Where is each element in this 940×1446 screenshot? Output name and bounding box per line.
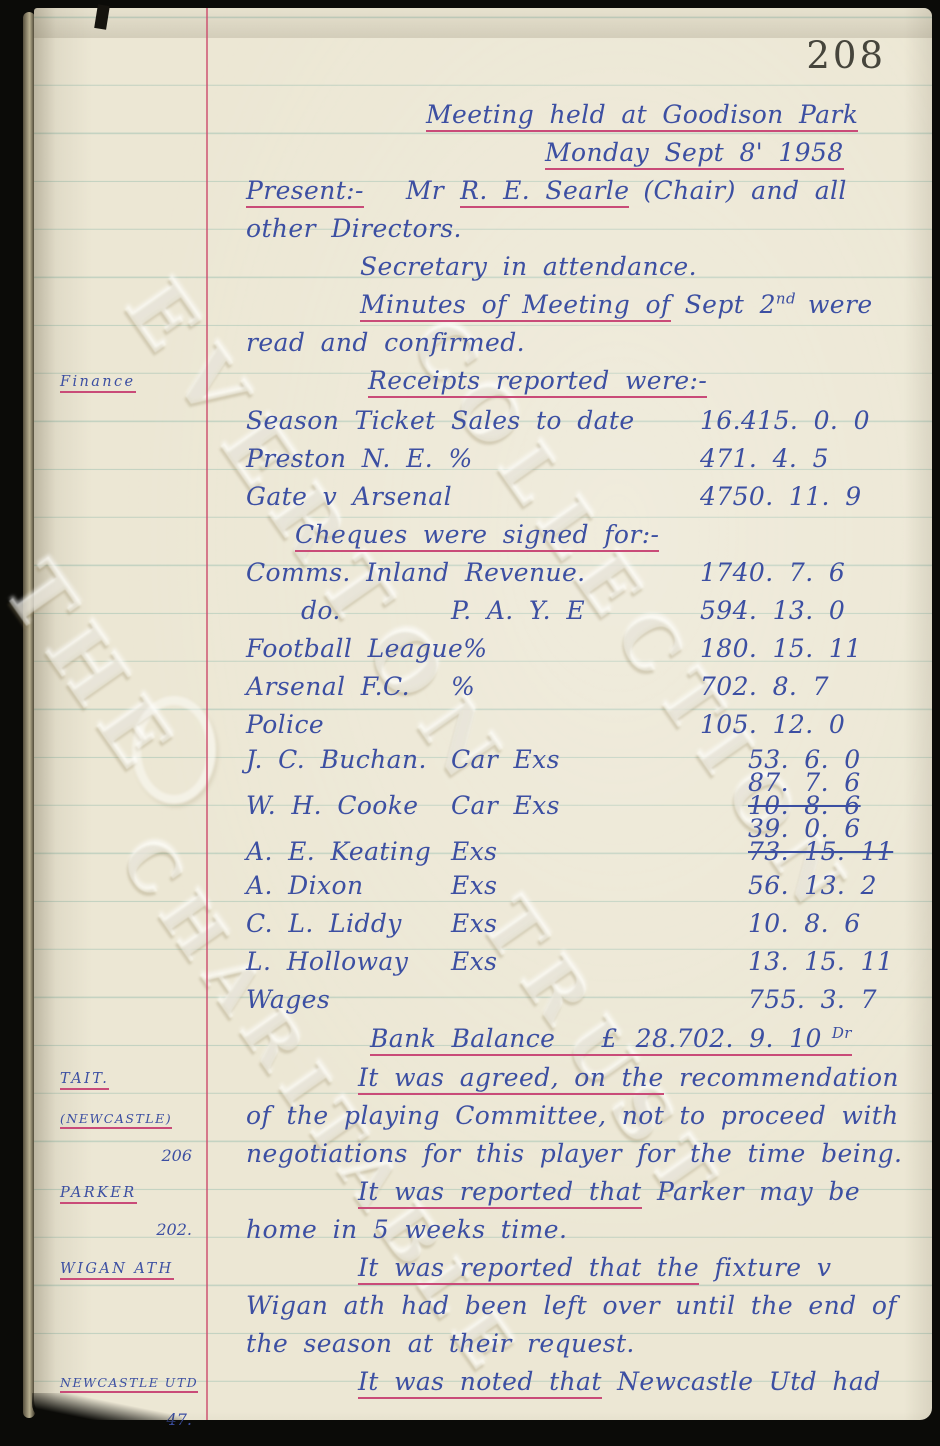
bank-balance-label: Bank Balance xyxy=(370,1024,555,1053)
margin-note-tait-club: (NEWCASTLE) xyxy=(60,1111,172,1129)
cheque-row: Football League%180. 15. 11 xyxy=(34,630,932,668)
cheque-amount: 87. 7. 6 xyxy=(748,775,906,790)
cheque-amount: 594. 13. 0 xyxy=(700,592,906,630)
minutes-row: Minutes of Meeting ofSept 2ndwere xyxy=(34,286,932,324)
minutes-tail: were xyxy=(808,290,873,319)
minute-section-wigan: WIGAN ATH It was reported that the fixtu… xyxy=(34,1249,932,1363)
payee-name: C. L. Liddy xyxy=(246,905,451,943)
payee-name: Police xyxy=(246,706,451,744)
payee-name: L. Holloway xyxy=(246,943,451,981)
payee-name: do. xyxy=(246,592,451,630)
secretary-row: Secretary in attendance. xyxy=(34,248,932,286)
present-continuation: other Directors. xyxy=(246,214,462,243)
receipt-amount: 471. 4. 5 xyxy=(700,440,906,478)
receipt-label: Gate v Arsenal xyxy=(246,478,452,516)
margin-note-finance: Finance xyxy=(60,374,136,393)
margin-note-parker: PARKER xyxy=(60,1185,137,1204)
handwritten-content: Meeting held at Goodison Park Monday Sep… xyxy=(34,8,932,1437)
cheque-amount: 702. 8. 7 xyxy=(700,668,906,706)
margin-note-tait: TAIT. xyxy=(60,1071,109,1090)
cheque-row: Comms. Inland Revenue.1740. 7. 6 xyxy=(34,554,932,592)
payee-name: Arsenal F.C. xyxy=(246,668,451,706)
minutes-mid: Sept 2 xyxy=(685,290,776,319)
minute-body-text: Newcastle Utd had xyxy=(617,1367,880,1396)
margin-ref-number: 47. xyxy=(60,1403,206,1437)
bank-balance-row: Bank Balance£28.702. 9. 10Dr xyxy=(34,1019,932,1059)
cheque-amount: 105. 12. 0 xyxy=(700,706,906,744)
cheques-heading: Cheques were signed for:- xyxy=(295,520,659,552)
chairman-name: R. E. Searle xyxy=(460,176,629,208)
minute-lead-underlined: It was reported that xyxy=(358,1177,642,1209)
cheque-row: Arsenal F.C.%702. 8. 7 xyxy=(34,668,932,706)
cheque-row: Wages755. 3. 7 xyxy=(34,981,932,1019)
receipt-label: Preston N. E. % xyxy=(246,440,473,478)
payee-name: A. Dixon xyxy=(246,867,451,905)
cheque-amount-row: 39. 0. 6 xyxy=(34,821,932,836)
minute-book-page: THE EVERTON COLLECTION CHARITABLE TRUST … xyxy=(34,8,932,1420)
cheque-amount: 10. 8. 6 xyxy=(748,905,906,943)
payee-note: Exs xyxy=(451,867,497,905)
payee-name: Wages xyxy=(246,981,451,1019)
currency-symbol: £ xyxy=(601,1024,617,1053)
receipt-row: Preston N. E. %471. 4. 5 xyxy=(34,440,932,478)
payee-name: J. C. Buchan. xyxy=(246,744,451,775)
minutes-cont-row: read and confirmed. xyxy=(34,324,932,362)
receipt-row: Season Ticket Sales to date16.415. 0. 0 xyxy=(34,402,932,440)
minutes-underlined: Minutes of Meeting of xyxy=(360,290,671,322)
bank-balance-suffix: Dr xyxy=(832,1024,852,1042)
payee-note: Car Exs xyxy=(451,744,560,775)
cheque-row: A. E. KeatingExs73. 15. 11 xyxy=(34,836,932,867)
margin-note-wigan: WIGAN ATH xyxy=(60,1261,174,1280)
cheque-row: Police105. 12. 0 xyxy=(34,706,932,744)
receipt-label: Season Ticket Sales to date xyxy=(246,402,635,440)
minutes-superscript: nd xyxy=(776,290,796,308)
present-tail: (Chair) and all xyxy=(643,176,846,205)
minute-section-parker: PARKER 202. It was reported that Parker … xyxy=(34,1173,932,1249)
cheque-row: A. DixonExs56. 13. 2 xyxy=(34,867,932,905)
payee-note: Exs xyxy=(451,905,497,943)
cheque-row: C. L. LiddyExs10. 8. 6 xyxy=(34,905,932,943)
title-row: Meeting held at Goodison Park xyxy=(34,96,932,134)
minute-section-newcastle: NEWCASTLE UTD 47. It was noted that Newc… xyxy=(34,1363,932,1437)
payee-note: Exs xyxy=(451,836,497,867)
minute-lead-underlined: It was agreed, on the xyxy=(358,1063,664,1095)
receipt-amount: 4750. 11. 9 xyxy=(700,478,906,516)
bank-balance-line: Bank Balance£28.702. 9. 10Dr xyxy=(370,1024,852,1056)
payee-name: W. H. Cooke xyxy=(246,790,451,821)
cheque-amount: 39. 0. 6 xyxy=(748,821,906,836)
meeting-title: Meeting held at Goodison Park xyxy=(426,100,858,132)
payee-note: % xyxy=(451,668,475,706)
payee-name: Comms. Inland Revenue. xyxy=(246,554,586,592)
cheque-row: do.P. A. Y. E594. 13. 0 xyxy=(34,592,932,630)
minute-lead-underlined: It was noted that xyxy=(358,1367,602,1399)
minute-section-tait: TAIT. (NEWCASTLE) 206 It was agreed, on … xyxy=(34,1059,932,1173)
present-row: Present:-MrR. E. Searle(Chair) and all xyxy=(34,172,932,210)
cheque-amount: 1740. 7. 6 xyxy=(700,554,906,592)
present-label: Present:- xyxy=(246,176,364,208)
date-row: Monday Sept 8' 1958 xyxy=(34,134,932,172)
payee-note: P. A. Y. E xyxy=(451,592,585,630)
cheques-heading-row: Cheques were signed for:- xyxy=(34,516,932,554)
minutes-continuation: read and confirmed. xyxy=(246,328,525,357)
cheque-amount-struck: 73. 15. 11 xyxy=(748,836,906,867)
receipts-heading: Receipts reported were:- xyxy=(368,366,707,398)
payee-name: A. E. Keating xyxy=(246,836,451,867)
receipts-heading-row: Finance Receipts reported were:- xyxy=(34,362,932,402)
cheque-amount-row: 87. 7. 6 xyxy=(34,775,932,790)
payee-note: % xyxy=(463,630,487,668)
minute-lead-underlined: It was reported that the xyxy=(358,1253,699,1285)
receipt-row: Gate v Arsenal4750. 11. 9 xyxy=(34,478,932,516)
secretary-line: Secretary in attendance. xyxy=(360,252,697,281)
cheque-amount: 755. 3. 7 xyxy=(748,981,906,1019)
margin-ref-number: 202. xyxy=(60,1213,206,1247)
cheque-amount: 13. 15. 11 xyxy=(748,943,906,981)
payee-note: Car Exs xyxy=(451,790,560,821)
cheque-row: L. HollowayExs13. 15. 11 xyxy=(34,943,932,981)
receipt-amount: 16.415. 0. 0 xyxy=(700,402,906,440)
meeting-date: Monday Sept 8' 1958 xyxy=(545,138,844,170)
present-cont-row: other Directors. xyxy=(34,210,932,248)
margin-note-newcastle: NEWCASTLE UTD xyxy=(60,1375,198,1393)
payee-name: Football League xyxy=(246,630,463,668)
cheque-amount: 180. 15. 11 xyxy=(700,630,906,668)
cheque-amount: 56. 13. 2 xyxy=(748,867,906,905)
payee-note: Exs xyxy=(451,943,497,981)
margin-ref-number: 206 xyxy=(60,1139,206,1173)
bank-balance-amount: 28.702. 9. 10 xyxy=(636,1024,822,1053)
present-pre: Mr xyxy=(406,176,444,205)
